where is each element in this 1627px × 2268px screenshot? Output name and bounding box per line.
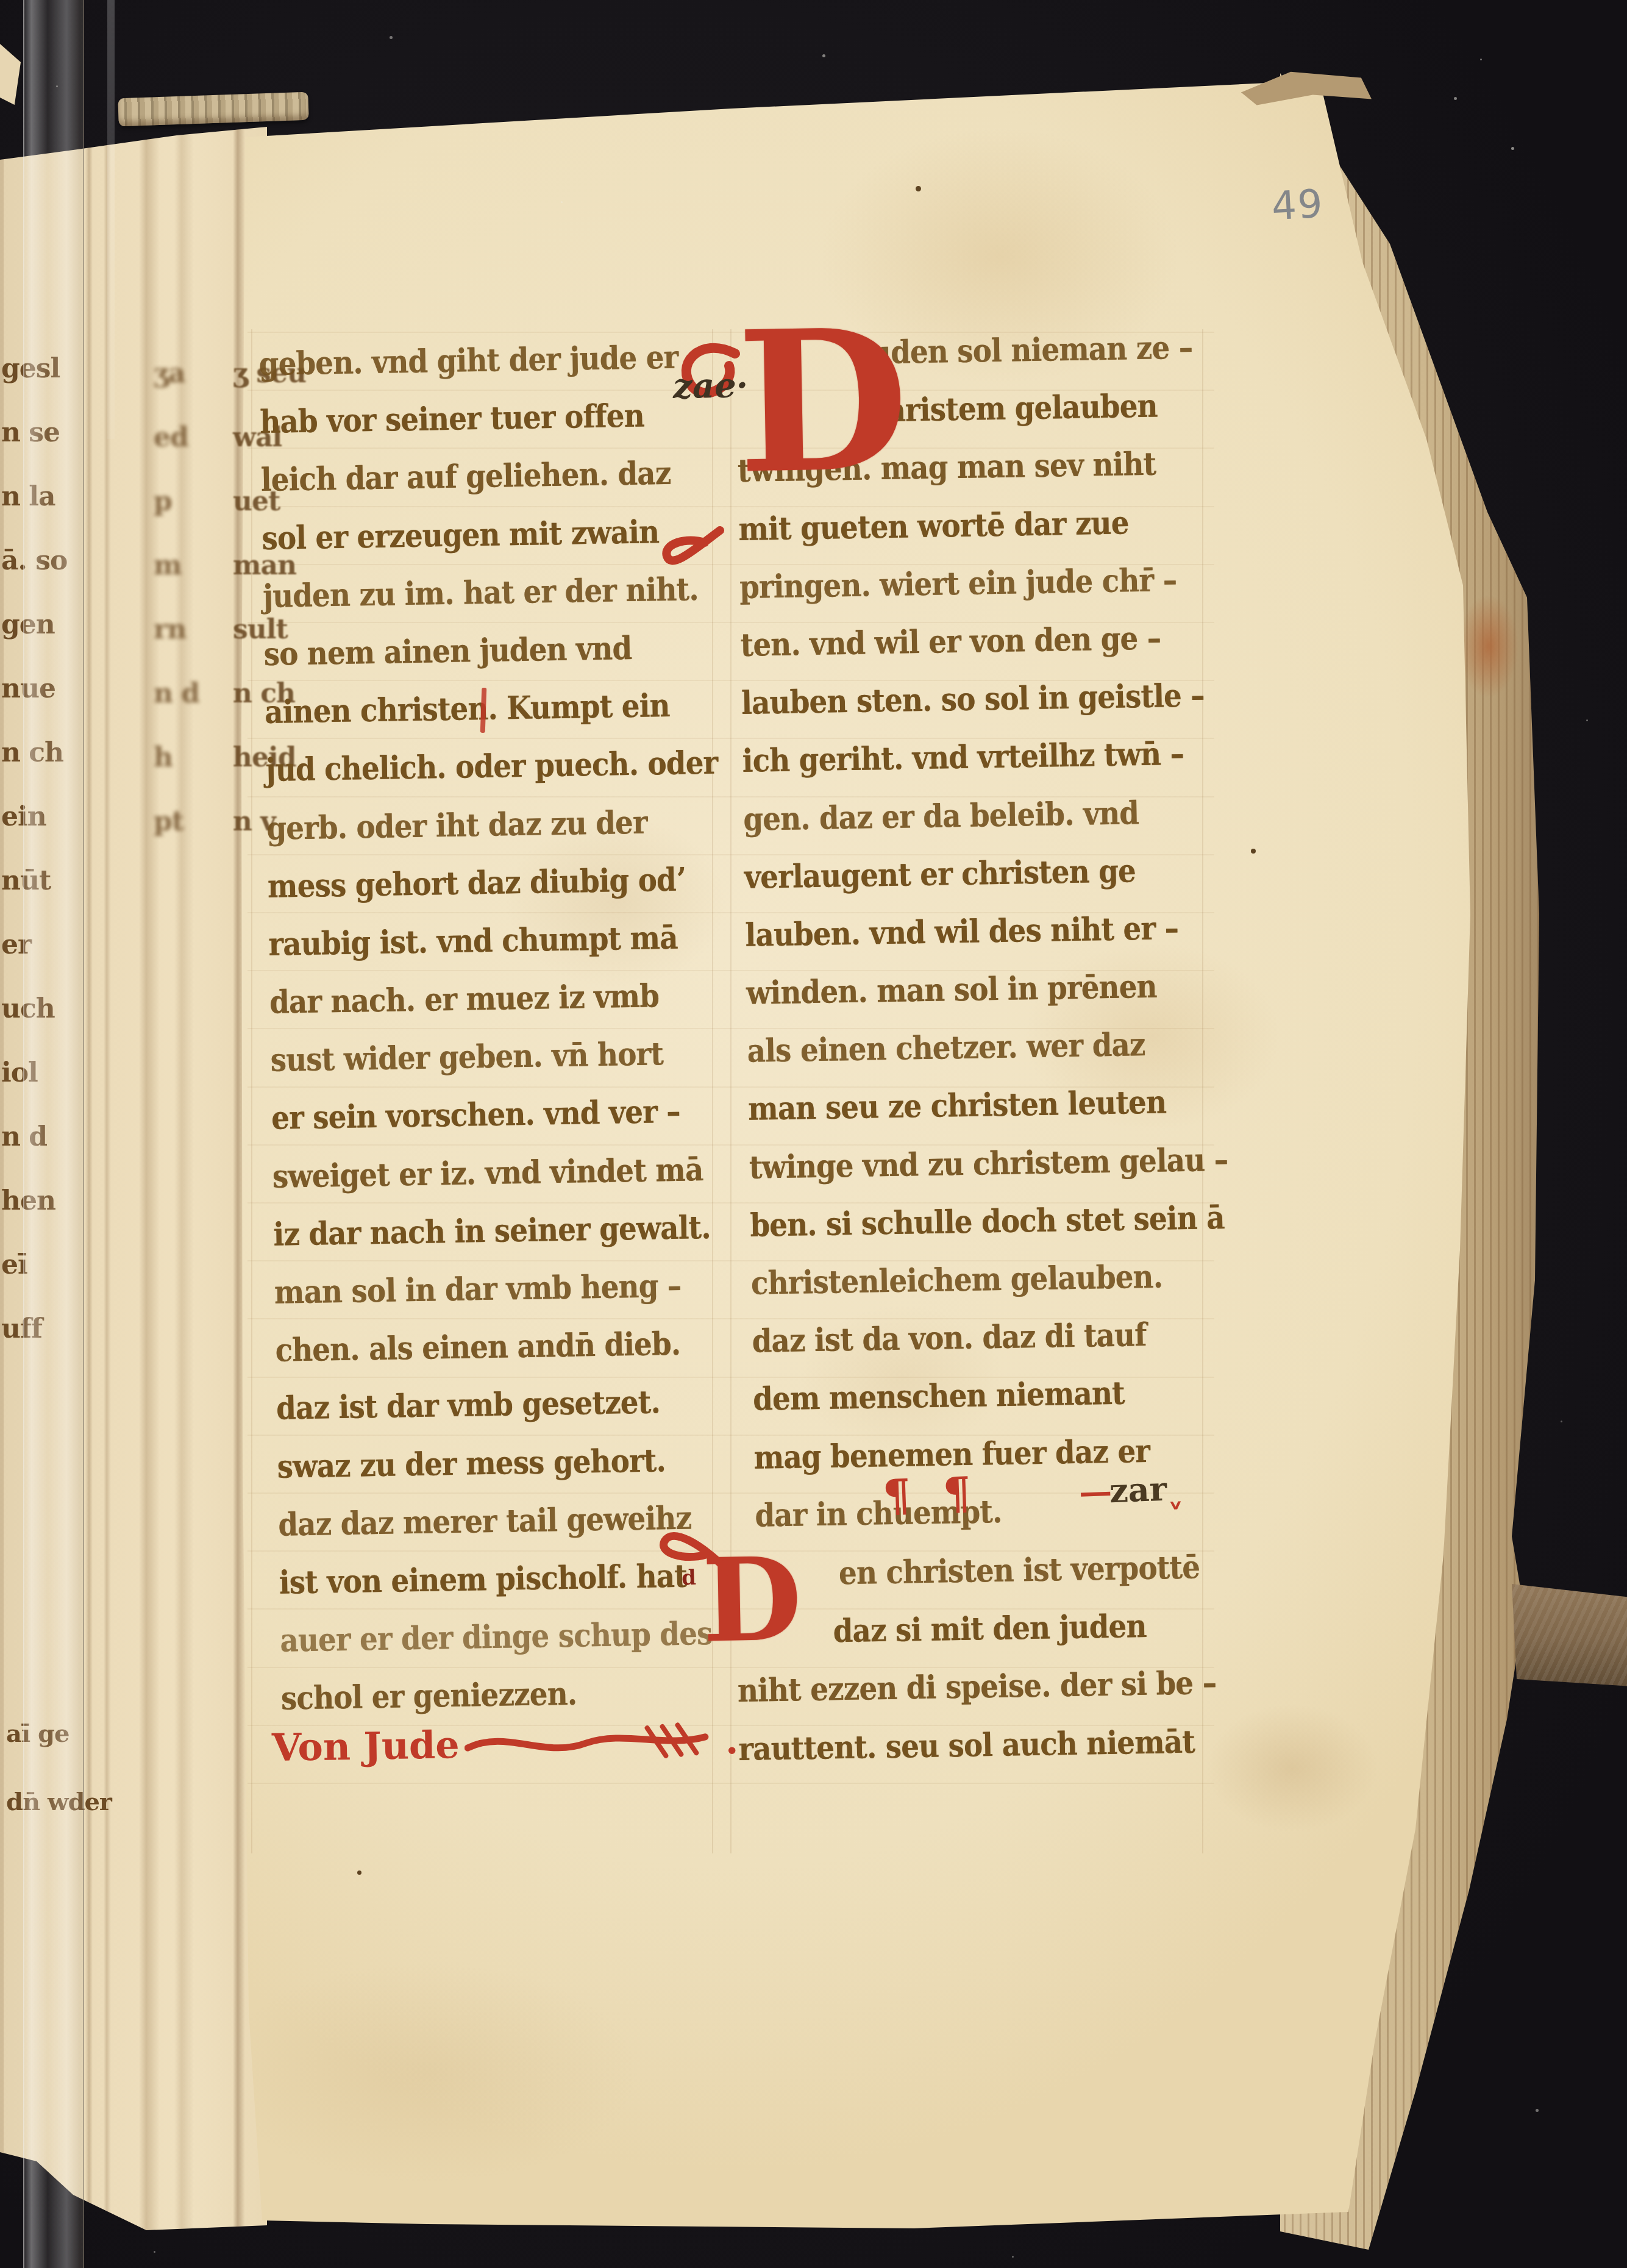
manuscript-line: ainen christen. Kumpt ein (264, 677, 649, 742)
manuscript-line: rn (154, 597, 227, 661)
manuscript-line: schol er geniezzen. (280, 1664, 665, 1728)
edge-text-fragments-middle: ʒaedpmrnn dhpt (154, 341, 227, 854)
manuscript-line: christenleichem gelauben. (750, 1247, 1190, 1313)
manuscript-line: als einen chetzer. wer daz (747, 1015, 1186, 1080)
manuscript-line: ten. vnd wil er von den ge – (740, 609, 1180, 674)
manuscript-line: n d (154, 661, 227, 726)
initial-flourish-bottom (657, 1518, 736, 1616)
manuscript-line: h (154, 726, 227, 790)
red-dash: — (1078, 1471, 1110, 1511)
manuscript-line: juden zu im. hat er der niht. (262, 561, 647, 626)
text-column-left: geben. vnd giht der jude erhab vor seine… (258, 328, 708, 1728)
manuscript-line: winden. man sol in prēnen (746, 957, 1185, 1022)
manuscript-line: daz daz merer tail geweihz (278, 1489, 663, 1554)
manuscript-line: iz dar nach in seiner gewalt. (273, 1199, 658, 1264)
manuscript-line: dar nach. er muez iz vmb (269, 967, 653, 1032)
ink-speck (1251, 849, 1256, 854)
red-paraph-marks: ¶ ¶ (882, 1466, 981, 1521)
manuscript-line: p (154, 469, 227, 533)
column-guide-line (251, 329, 252, 1853)
red-tick: ˬ (1166, 1469, 1181, 1508)
chapter-mark-top: zae· (672, 365, 748, 407)
ink-speck (916, 186, 921, 191)
manuscript-line: swaz zu der mess gehort. (277, 1432, 661, 1496)
rubric-von-juden: Von Jude . (271, 1718, 738, 1770)
text-column-right-chapter2: en christen ist verpottēdaz si mit den j… (735, 1538, 1226, 1778)
manuscript-line: sol er erzeugen mit zwain (262, 503, 646, 568)
manuscript-line: ist von einem pischolf. hat (279, 1547, 663, 1612)
rubric-period: . (725, 1718, 739, 1763)
chapter-mark-middle: — zar ˬ (1078, 1469, 1181, 1511)
ink-speck (357, 1870, 361, 1875)
acrylic-rod-highlight (107, 0, 115, 439)
page-corner-sliver (0, 44, 21, 105)
manuscript-line: geben. vnd giht der jude er (258, 329, 643, 394)
manuscript-line: dem menschen niemant (752, 1363, 1192, 1428)
manuscript-line: chen. als einen andn̄ dieb. (275, 1316, 660, 1380)
manuscript-line: m (154, 533, 227, 597)
manuscript-line: er sein vorschen. vnd ver – (271, 1083, 656, 1148)
manuscript-line: auer er der dinge schup des (280, 1605, 664, 1670)
manuscript-line: hab vor seiner tuer offen (260, 387, 644, 452)
red-initial-D-top: D (735, 302, 910, 501)
manuscript-line: lauben sten. so sol in geistle – (741, 667, 1180, 732)
manuscript-line: ʒa (154, 341, 227, 405)
manuscript-line: sust wider geben. vn̄ hort (270, 1025, 655, 1090)
manuscript-line: so nem ainen juden vnd (263, 619, 648, 683)
manuscript-line: ich geriht. vnd vrteilhz twn̄ – (742, 725, 1181, 790)
manuscript-line: verlaugent er christen ge (744, 841, 1183, 907)
manuscript-line: ben. si schulle doch stet sein ā (750, 1189, 1189, 1255)
endband (118, 92, 308, 127)
manuscript-line: pringen. wiert ein jude chr̄ – (739, 551, 1178, 616)
manuscript-line: lauben. vnd wil des niht er – (745, 899, 1184, 965)
manuscript-line: man sol in dar vmb heng – (274, 1257, 658, 1322)
manuscript-line: leich dar auf geliehen. daz (260, 445, 645, 510)
dust-specks (0, 0, 2, 2)
manuscript-line: jud chelich. oder puech. oder (265, 735, 650, 800)
manuscript-line: mess gehort daz diubig odʼ (267, 851, 652, 916)
manuscript-line: daz ist da von. daz di tauf (752, 1305, 1191, 1371)
chapter-mark-middle-text: zar (1109, 1469, 1167, 1510)
manuscript-line: man seu ze christen leuten (748, 1073, 1187, 1138)
rubricator-guide-letter: d (681, 1566, 696, 1591)
rubric-text: Von Jude (271, 1722, 460, 1770)
manuscript-line: ed (154, 405, 227, 469)
manuscript-line: gerb. oder iht daz zu der (266, 793, 651, 858)
folio-number: 49 (1270, 182, 1325, 229)
manuscript-line: sweiget er iz. vnd vindet mā (272, 1141, 657, 1206)
manuscript-photo: gesln sen laā. sogennuen cheinnūteruchio… (0, 0, 1627, 2268)
manuscript-line: pt (154, 790, 227, 854)
manuscript-line: niht ezzen di speise. der si be – (737, 1655, 1177, 1720)
manuscript-line: twinge vnd zu christem gelau – (749, 1132, 1188, 1197)
manuscript-line: gen. daz er da beleib. vnd (743, 783, 1183, 848)
rubric-flourish (464, 1719, 721, 1766)
leather-strap (1509, 1579, 1627, 1689)
manuscript-line: raubig ist. vnd chumpt mā (268, 909, 653, 974)
manuscript-line: rauttent. seu sol auch niemāt (738, 1713, 1178, 1778)
acrylic-book-weight-rod (23, 0, 84, 2268)
manuscript-line: daz ist dar vmb gesetzet. (276, 1374, 660, 1438)
